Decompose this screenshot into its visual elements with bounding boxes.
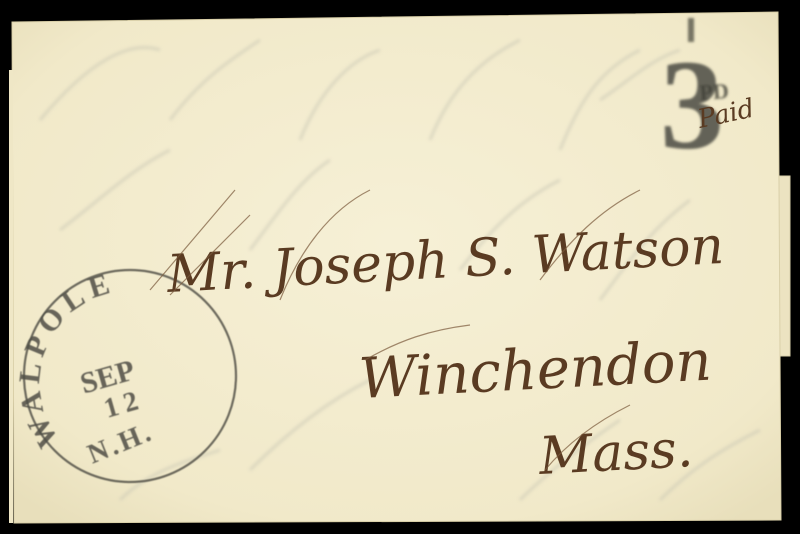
rate-handstamp: 3 PD	[660, 18, 730, 176]
folded-letter-cover: 3 PD Paid WALPOLE N.H. SEP 12 Mr. Joseph…	[0, 0, 800, 534]
